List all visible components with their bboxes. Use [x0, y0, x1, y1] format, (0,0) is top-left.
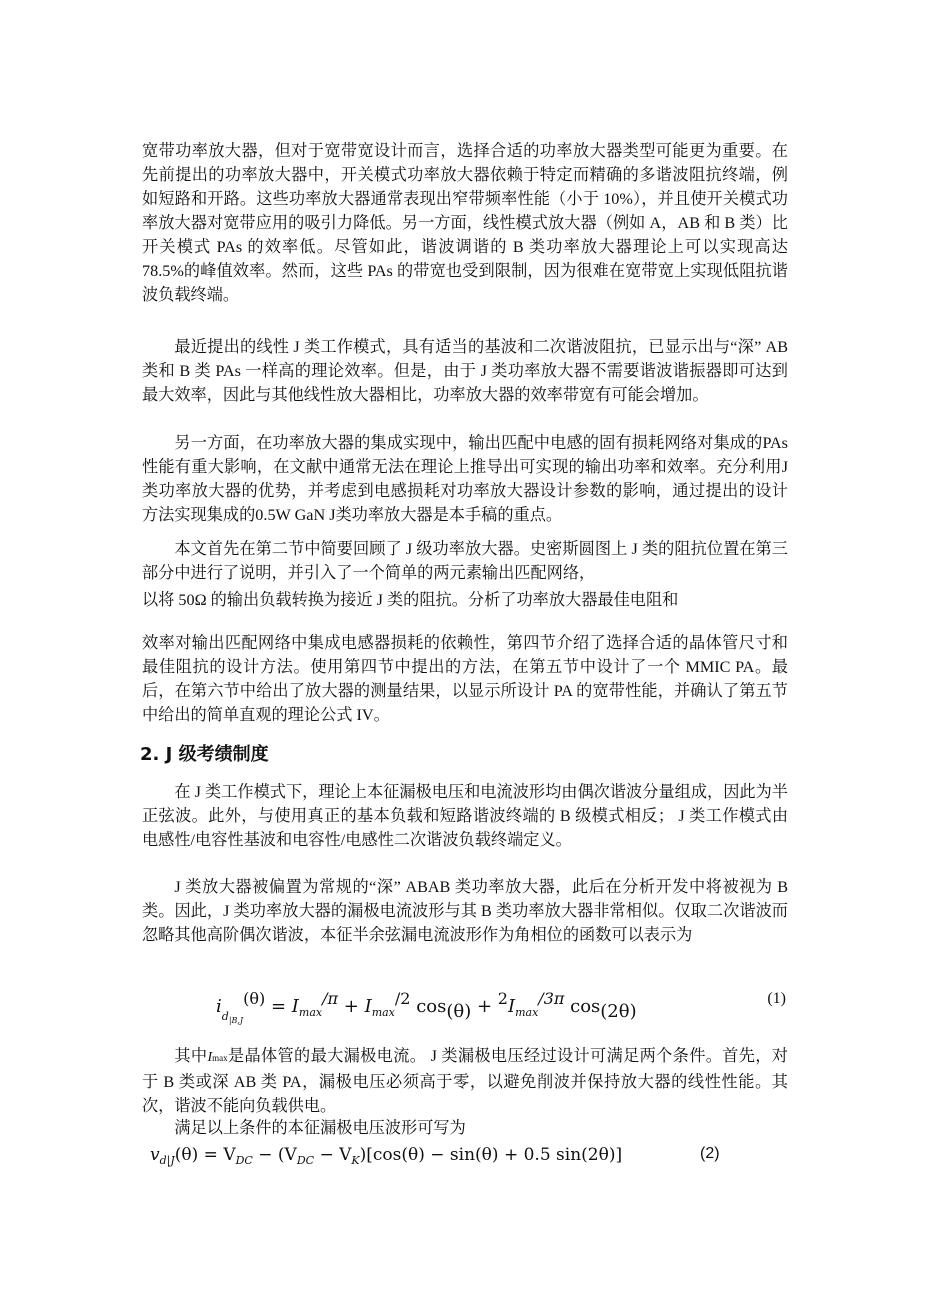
paragraph-intro-continued: 宽带功率放大器，但对于宽带宽设计而言，选择合适的功率放大器类型可能更为重要。在先…: [142, 139, 788, 307]
paragraph-voltage-intro: 满足以上条件的本征漏极电压波形可写为: [142, 1116, 788, 1140]
equation-1-body: id|B,J(θ) = Imax/π + Imax/2 cos(θ) + 2Im…: [216, 996, 637, 1017]
paragraph-outline-part1: 本文首先在第二节中简要回顾了 J 级功率放大器。史密斯圆图上 J 类的阻抗位置在…: [142, 537, 788, 585]
paragraph-outline-part2: 以将 50Ω 的输出负载转换为接近 J 类的阻抗。分析了功率放大器最佳电阻和: [142, 588, 788, 612]
equation-2-number: (2): [700, 1145, 720, 1163]
paragraph-class-j-intro: 最近提出的线性 J 类工作模式，具有适当的基波和二次谐波阻抗，已显示出与“深” …: [142, 335, 788, 407]
section-heading: 2. J 级考绩制度: [140, 740, 269, 766]
paragraph-class-j-mode: 在 J 类工作模式下，理论上本征漏极电压和电流波形均由偶次谐波分量组成，因此为半…: [142, 780, 788, 852]
paragraph-outline-part3: 效率对输出匹配网络中集成电感器损耗的依赖性，第四节介绍了选择合适的晶体管尺寸和最…: [142, 631, 788, 727]
equation-1: id|B,J(θ) = Imax/π + Imax/2 cos(θ) + 2Im…: [216, 990, 776, 1036]
equation-2: vd|J(θ) = VDC − (VDC − VK)[cos(θ) − sin(…: [150, 1145, 790, 1175]
paragraph-integrated-losses: 另一方面，在功率放大器的集成实现中，输出匹配中电感的固有损耗网络对集成的PAs性…: [142, 431, 788, 527]
paragraph-bias: J 类放大器被偏置为常规的“深” ABAB 类功率放大器，此后在分析开发中将被视…: [142, 875, 788, 947]
equation-1-number: (1): [767, 990, 786, 1008]
equation-2-body: vd|J(θ) = VDC − (VDC − VK)[cos(θ) − sin(…: [150, 1145, 622, 1165]
paragraph-imax: 其中Imax是晶体管的最大漏极电流。 J 类漏极电压经过设计可满足两个条件。首先…: [142, 1044, 788, 1118]
